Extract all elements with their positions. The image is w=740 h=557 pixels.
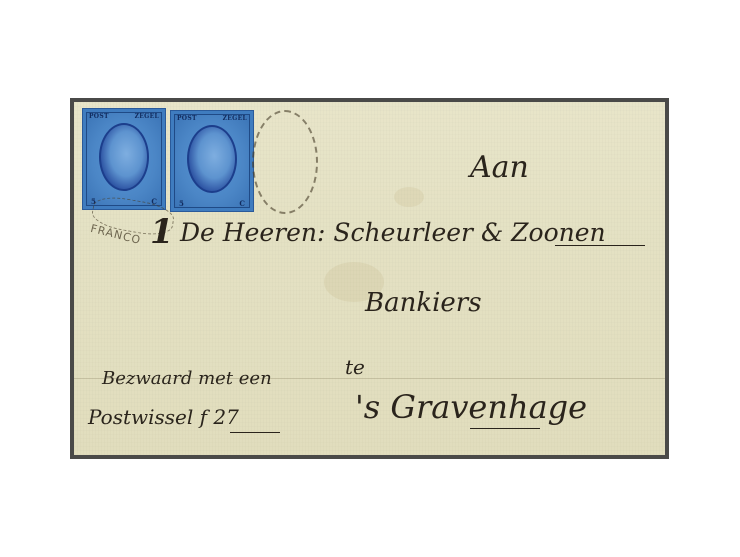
address-prefix: 1 [150,212,174,252]
underline [230,432,280,433]
note-line-1: Bezwaard met een [102,368,272,389]
stamp-label: POST [89,113,109,120]
postage-stamp: POSTZEGEL 5C [170,110,254,212]
king-portrait [187,125,237,193]
underline [555,245,645,246]
stamp-label: ZEGEL [135,113,159,120]
paper-stain [394,187,424,207]
address-line-bankiers: Bankiers [365,288,482,318]
king-portrait [99,123,149,191]
stamp-value: C [239,199,245,208]
stamp-label: POST [177,115,197,122]
address-line-city: 's Gravenhage [355,388,587,426]
circular-datestamp [252,110,318,214]
stamp-label: ZEGEL [223,115,247,122]
note-line-2: Postwissel f 27 [88,405,239,429]
address-line-te: te [345,355,365,379]
address-line-aan: Aan [470,150,529,185]
address-line-recipient: De Heeren: Scheurleer & Zoonen [180,218,606,247]
stamp-value: 5 [179,199,184,208]
postage-stamp: POSTZEGEL 5C [82,108,166,210]
underline [470,428,540,429]
